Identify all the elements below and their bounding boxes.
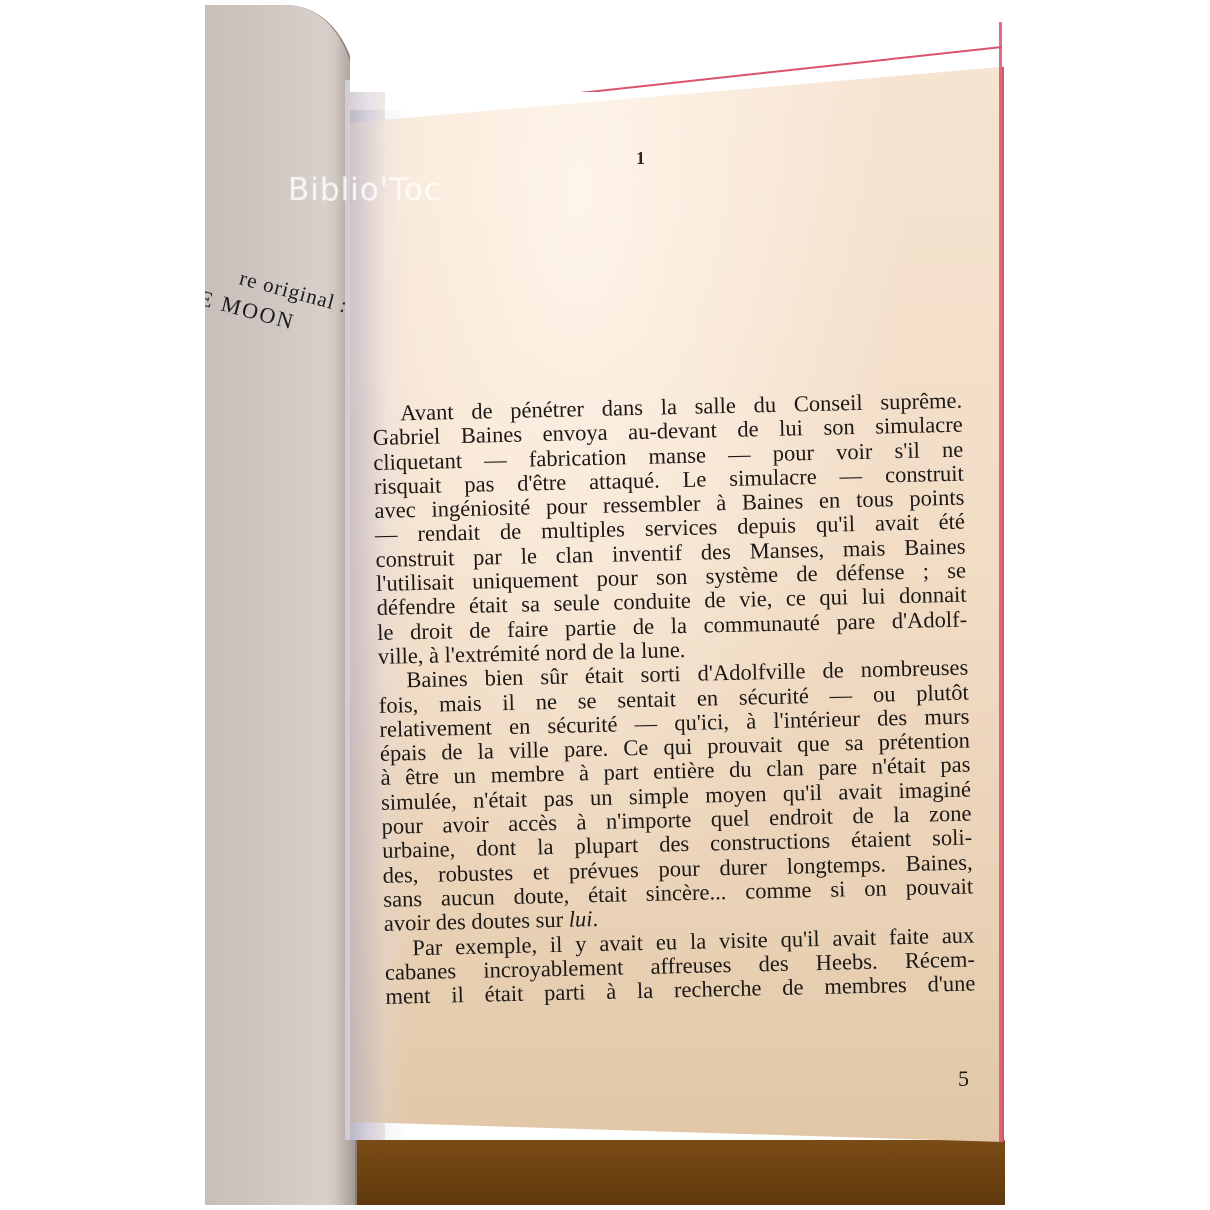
book-photo: re original : E MOON 1 Avant de pénétrer…	[0, 0, 1210, 1210]
original-title-note: re original : E MOON	[205, 255, 357, 380]
page-number: 5	[958, 1066, 969, 1092]
paragraph-2: Baines bien sûr était sorti d'Adolfville…	[378, 656, 974, 937]
watermark-logo: Biblio'Toc	[288, 172, 442, 208]
text-fragment: .	[592, 906, 598, 931]
paragraph-1: Avant de pénétrer dans la salle du Conse…	[372, 389, 968, 670]
chapter-number: 1	[636, 148, 645, 169]
italic-word: lui	[568, 906, 592, 932]
page-right-edge	[999, 22, 1002, 1142]
paragraph-3: Par exemple, il y avait eu la visite qu'…	[384, 923, 976, 1009]
body-text: Avant de pénétrer dans la salle du Conse…	[372, 389, 976, 1010]
